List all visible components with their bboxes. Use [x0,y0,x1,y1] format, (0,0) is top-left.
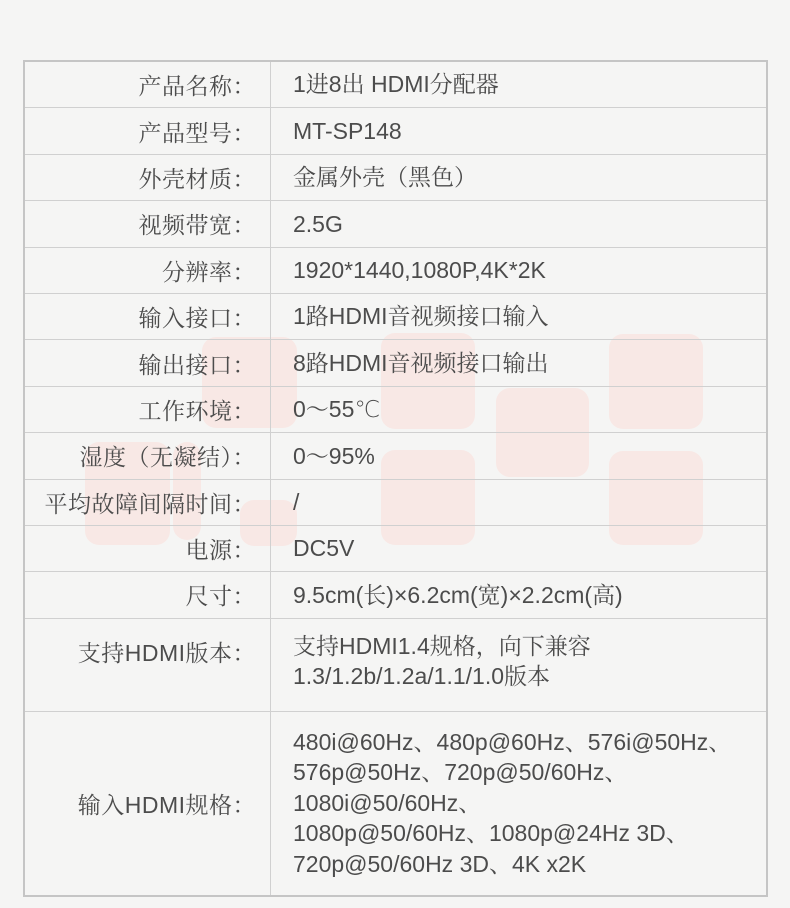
spec-value-line: MT-SP148 [293,116,756,147]
spec-value: 0～95% [271,433,766,478]
spec-row: 支持HDMI版本：支持HDMI1.4规格，向下兼容1.3/1.2b/1.2a/1… [25,619,766,712]
spec-value-line: 金属外壳（黑色） [293,162,756,193]
spec-row: 视频带宽：2.5G [25,201,766,247]
spec-label: 支持HDMI版本： [25,619,271,711]
spec-value: 480i@60Hz、480p@60Hz、576i@50Hz、576p@50Hz、… [271,712,766,895]
spec-label: 产品型号： [25,108,271,153]
spec-value: 2.5G [271,201,766,246]
spec-row: 输入HDMI规格：480i@60Hz、480p@60Hz、576i@50Hz、5… [25,712,766,895]
spec-value-line: 8路HDMI音视频接口输出 [293,348,756,379]
spec-value-line: 1080p@50/60Hz、1080p@24Hz 3D、 [293,818,756,849]
spec-label: 视频带宽： [25,201,271,246]
spec-label: 电源： [25,526,271,571]
product-spec-table: 产品名称：1进8出 HDMI分配器产品型号：MT-SP148外壳材质：金属外壳（… [23,60,768,897]
spec-value-line: 720p@50/60Hz 3D、4K x2K [293,849,756,880]
spec-value-line: 1920*1440,1080P,4K*2K [293,255,756,286]
spec-value-line: DC5V [293,533,756,564]
spec-row: 外壳材质：金属外壳（黑色） [25,155,766,201]
spec-value: DC5V [271,526,766,571]
spec-row: 产品型号：MT-SP148 [25,108,766,154]
spec-label: 外壳材质： [25,155,271,200]
spec-label: 输入HDMI规格： [25,712,271,895]
spec-value: 8路HDMI音视频接口输出 [271,340,766,385]
spec-value: 1路HDMI音视频接口输入 [271,294,766,339]
spec-row: 产品名称：1进8出 HDMI分配器 [25,62,766,108]
spec-value: 0～55℃ [271,387,766,432]
spec-value-line: 1.3/1.2b/1.2a/1.1/1.0版本 [293,661,756,692]
spec-label: 产品名称： [25,62,271,107]
spec-value: 1920*1440,1080P,4K*2K [271,248,766,293]
spec-label: 输出接口： [25,340,271,385]
spec-value-line: 9.5cm(长)×6.2cm(宽)×2.2cm(高) [293,580,756,611]
spec-value-line: 0～55℃ [293,394,756,425]
spec-value-line: 1路HDMI音视频接口输入 [293,301,756,332]
spec-value-line: 1进8出 HDMI分配器 [293,69,756,100]
spec-value: 支持HDMI1.4规格，向下兼容1.3/1.2b/1.2a/1.1/1.0版本 [271,619,766,711]
spec-value: 1进8出 HDMI分配器 [271,62,766,107]
spec-label: 平均故障间隔时间： [25,480,271,525]
spec-label: 工作环境： [25,387,271,432]
spec-row: 尺寸：9.5cm(长)×6.2cm(宽)×2.2cm(高) [25,572,766,618]
spec-value-line: 2.5G [293,209,756,240]
spec-value-line: 576p@50Hz、720p@50/60Hz、 [293,757,756,788]
spec-value-line: 0～95% [293,441,756,472]
spec-row: 输入接口：1路HDMI音视频接口输入 [25,294,766,340]
spec-value-line: / [293,487,756,518]
spec-value: / [271,480,766,525]
spec-row: 工作环境：0～55℃ [25,387,766,433]
spec-label: 尺寸： [25,572,271,617]
spec-row: 电源：DC5V [25,526,766,572]
spec-value: 9.5cm(长)×6.2cm(宽)×2.2cm(高) [271,572,766,617]
spec-label: 湿度（无凝结）： [25,433,271,478]
spec-row: 分辨率：1920*1440,1080P,4K*2K [25,248,766,294]
spec-value-line: 支持HDMI1.4规格，向下兼容 [293,631,756,662]
spec-label: 输入接口： [25,294,271,339]
spec-row: 输出接口：8路HDMI音视频接口输出 [25,340,766,386]
spec-row: 平均故障间隔时间：/ [25,480,766,526]
spec-value-line: 480i@60Hz、480p@60Hz、576i@50Hz、 [293,727,756,758]
spec-label: 分辨率： [25,248,271,293]
spec-value: 金属外壳（黑色） [271,155,766,200]
spec-value-line: 1080i@50/60Hz、 [293,788,756,819]
spec-row: 湿度（无凝结）：0～95% [25,433,766,479]
spec-value: MT-SP148 [271,108,766,153]
